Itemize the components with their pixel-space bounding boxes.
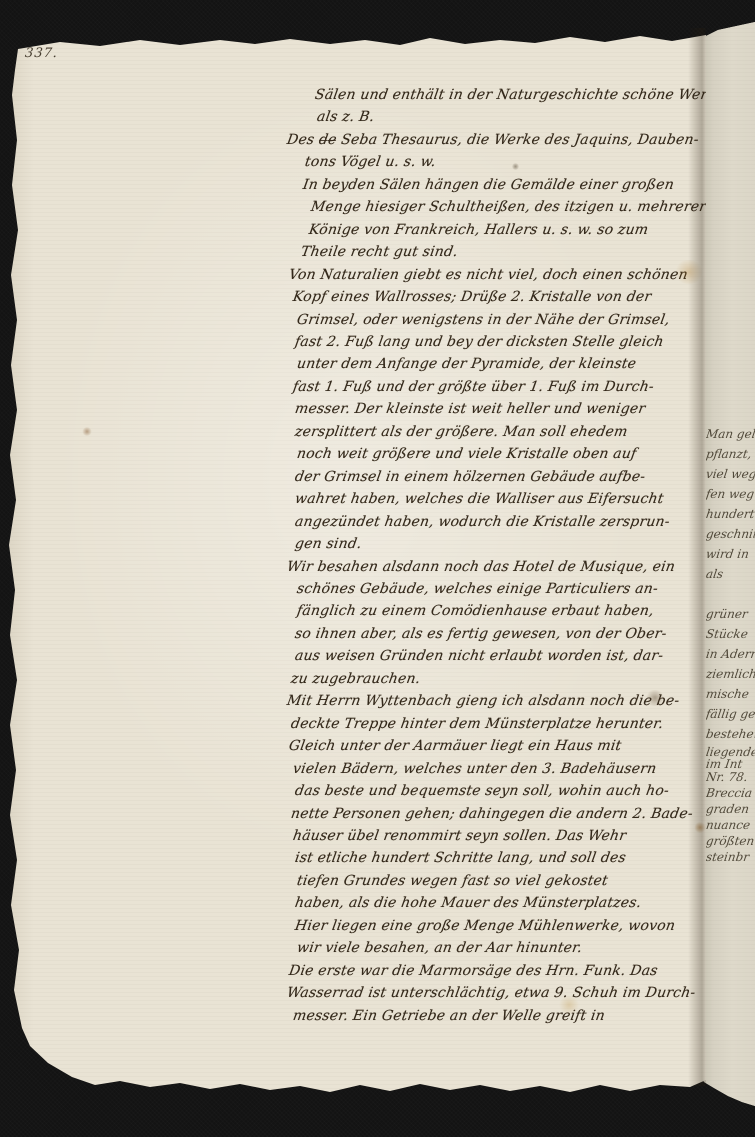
manuscript-line: fänglich zu einem Comödienhause erbaut h… xyxy=(295,600,714,622)
adjacent-page-line-fragment: steinbr xyxy=(705,850,755,864)
manuscript-text: Sälen und enthält in der Naturgeschichte… xyxy=(287,84,712,1027)
adjacent-page-text: Man gelepflanzt, blviel wegfen weghunder… xyxy=(698,20,755,1125)
manuscript-line: Mit Herrn Wyttenbach gieng ich alsdann n… xyxy=(285,690,714,712)
manuscript-line: das beste und bequemste seyn soll, wohin… xyxy=(293,780,714,802)
manuscript-line: Hier liegen eine große Menge Mühlenwerke… xyxy=(293,915,714,937)
adjacent-page-line-fragment: grüner xyxy=(705,607,755,621)
adjacent-page-line-fragment: im Int xyxy=(705,757,755,771)
manuscript-line: aus weisen Gründen nicht erlaubt worden … xyxy=(293,645,714,667)
adjacent-page-line-fragment: in Adern xyxy=(705,647,755,661)
adjacent-page-line-fragment: fen weg xyxy=(705,487,755,501)
manuscript-photo: Man gelepflanzt, blviel wegfen weghunder… xyxy=(0,0,755,1137)
manuscript-line: Wir besahen alsdann noch das Hotel de Mu… xyxy=(285,556,714,578)
manuscript-line: zu zugebrauchen. xyxy=(289,668,714,690)
adjacent-page-line-fragment: nuance xyxy=(705,818,755,832)
manuscript-line: tons Vögel u. s. w. xyxy=(303,151,714,173)
manuscript-line: so ihnen aber, als es fertig gewesen, vo… xyxy=(293,623,714,645)
manuscript-line: zersplittert als der größere. Man soll e… xyxy=(293,421,714,443)
manuscript-line: Theile recht gut sind. xyxy=(299,241,714,263)
manuscript-line: Kopf eines Wallrosses; Drüße 2. Kristall… xyxy=(291,286,714,308)
adjacent-page-line-fragment: fällig ge xyxy=(705,707,755,721)
manuscript-line: haben, als die hohe Mauer des Münsterpla… xyxy=(293,892,714,914)
manuscript-line: Von Naturalien giebt es nicht viel, doch… xyxy=(287,264,714,286)
manuscript-line: schönes Gebäude, welches einige Particul… xyxy=(295,578,714,600)
paper-stain xyxy=(82,427,92,436)
manuscript-line: der Grimsel in einem hölzernen Gebäude a… xyxy=(293,466,714,488)
manuscript-line: fast 2. Fuß lang und bey der dicksten St… xyxy=(293,331,714,353)
adjacent-page-line-fragment: Nr. 78. xyxy=(705,770,755,784)
adjacent-page-line-fragment: liegende xyxy=(705,745,755,759)
manuscript-line: Könige von Frankreich, Hallers u. s. w. … xyxy=(307,219,714,241)
manuscript-line: ist etliche hundert Schritte lang, und s… xyxy=(293,847,714,869)
adjacent-page-line-fragment: bestehen xyxy=(705,727,755,741)
adjacent-page-line-fragment: viel weg xyxy=(705,467,755,481)
adjacent-page-line-fragment: hundert xyxy=(705,507,755,521)
adjacent-page-line-fragment: als xyxy=(705,567,755,581)
manuscript-line: tiefen Grundes wegen fast so viel gekost… xyxy=(295,870,714,892)
manuscript-line: messer. Der kleinste ist weit heller und… xyxy=(293,398,714,420)
adjacent-page-line-fragment: ziemlich xyxy=(705,667,755,681)
manuscript-line: Die erste war die Marmorsäge des Hrn. Fu… xyxy=(287,960,714,982)
adjacent-page-line-fragment: pflanzt, bl xyxy=(705,447,755,461)
adjacent-page-edge: Man gelepflanzt, blviel wegfen weghunder… xyxy=(698,20,755,1125)
manuscript-line: häuser übel renommirt seyn sollen. Das W… xyxy=(291,825,714,847)
manuscript-page: 337. Sälen und enthält in der Naturgesch… xyxy=(0,0,755,1137)
manuscript-line: nette Personen gehen; dahingegen die and… xyxy=(289,803,714,825)
manuscript-line: angezündet haben, wodurch die Kristalle … xyxy=(293,511,714,533)
adjacent-page-line-fragment: wird in xyxy=(705,547,755,561)
manuscript-line: wir viele besahen, an der Aar hinunter. xyxy=(295,937,714,959)
adjacent-page-line-fragment: Breccia xyxy=(705,786,755,800)
manuscript-line: gen sind. xyxy=(293,533,714,555)
page-number: 337. xyxy=(24,46,59,62)
manuscript-line: Menge hiesiger Schultheißen, des itzigen… xyxy=(309,196,714,218)
manuscript-line: deckte Treppe hinter dem Münsterplatze h… xyxy=(289,713,714,735)
manuscript-line: In beyden Sälen hängen die Gemälde einer… xyxy=(301,174,714,196)
adjacent-page-line-fragment: mische xyxy=(705,687,755,701)
manuscript-line: Sälen und enthält in der Naturgeschichte… xyxy=(313,84,714,106)
manuscript-line: messer. Ein Getriebe an der Welle greift… xyxy=(291,1005,714,1027)
manuscript-line: Gleich unter der Aarmäuer liegt ein Haus… xyxy=(287,735,714,757)
adjacent-page-line-fragment: Man gele xyxy=(705,427,755,441)
manuscript-line: noch weit größere und viele Kristalle ob… xyxy=(295,443,714,465)
manuscript-line: Des d̶e̶ Seba Thesaurus, die Werke des J… xyxy=(285,129,714,151)
manuscript-line: fast 1. Fuß und der größte über 1. Fuß i… xyxy=(291,376,714,398)
adjacent-page-line-fragment: geschnitt xyxy=(705,527,755,541)
manuscript-line: Grimsel, oder wenigstens in der Nähe der… xyxy=(295,309,714,331)
manuscript-line: Wasserrad ist unterschlächtig, etwa 9. S… xyxy=(285,982,714,1004)
manuscript-line: vielen Bädern, welches unter den 3. Bade… xyxy=(291,758,714,780)
manuscript-line: als z. B. xyxy=(315,106,714,128)
adjacent-page-line-fragment: graden xyxy=(705,802,755,816)
manuscript-line: wahret haben, welches die Walliser aus E… xyxy=(293,488,714,510)
adjacent-page-line-fragment: größten xyxy=(705,834,755,848)
manuscript-line: unter dem Anfange der Pyramide, der klei… xyxy=(295,353,714,375)
adjacent-page-line-fragment: Stücke xyxy=(705,627,755,641)
